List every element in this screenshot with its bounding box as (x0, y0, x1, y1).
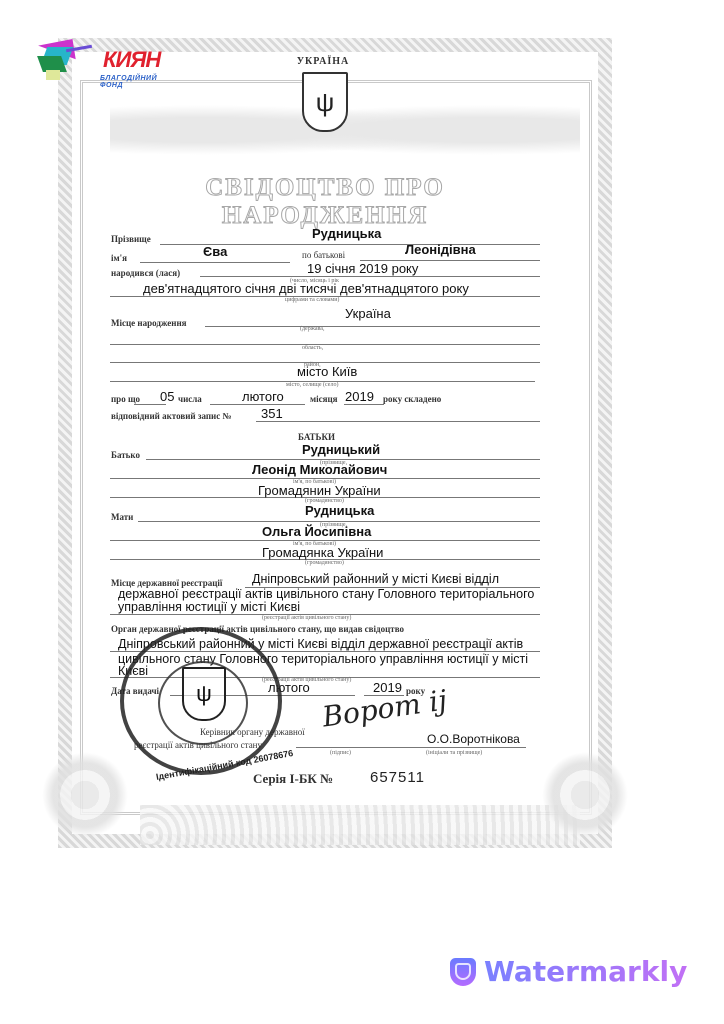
registration-place-line2: державної реєстрації актів цивільного ст… (118, 587, 534, 601)
birth-date-words: дев'ятнадцятого січня дві тисячі дев'ятн… (143, 281, 469, 296)
kyian-logo: КИЯН БЛАГОДІЙНИЙ ФОНД (28, 32, 158, 92)
father-surname: Рудницький (302, 442, 380, 457)
birth-date: 19 січня 2019 року (307, 261, 418, 276)
signature-caption: (підпис) (330, 750, 351, 756)
stamp-trident-icon: ψ (182, 667, 226, 721)
corner-ornament (40, 740, 130, 850)
authority-label: Орган державної реєстрації актів цивільн… (111, 624, 404, 634)
birth-city: місто Київ (297, 364, 357, 379)
registration-place-line3: управління юстиції у місті Києві (118, 600, 300, 614)
record-label: відповідний актовий запис № (111, 411, 232, 421)
underline (140, 262, 290, 263)
child-patronymic: Леонідівна (405, 242, 476, 257)
underline (210, 404, 305, 405)
father-citizenship: Громадянин України (258, 483, 381, 498)
underline (344, 404, 384, 405)
patronymic-label: по батькові (302, 250, 345, 260)
name-label: ім'я (111, 253, 127, 263)
birth-country: Україна (345, 306, 391, 321)
born-label: народився (лася) (111, 268, 180, 278)
underline (296, 747, 526, 748)
country-caption: (держава, (300, 326, 324, 332)
surname-label: Прізвище (111, 234, 151, 244)
registration-place-line1: Дніпровський районний у місті Києві відд… (252, 572, 499, 586)
mother-label: Мати (111, 512, 133, 522)
corner-ornament (540, 740, 630, 850)
head-name: О.О.Воротнікова (427, 732, 520, 746)
trident-emblem-icon: ψ (302, 72, 348, 132)
underline (256, 421, 540, 422)
document-title: СВІДОЦТВО ПРО НАРОДЖЕННЯ (145, 174, 505, 230)
registration-caption: (реєстрації актів цивільного стану) (262, 615, 351, 621)
child-surname: Рудницька (312, 226, 381, 241)
series-number: 657511 (370, 769, 425, 786)
birth-words-caption: цифрами та словами) (285, 297, 339, 303)
child-name: Єва (203, 244, 227, 259)
month-label: місяця (310, 394, 338, 404)
logo-subtitle: БЛАГОДІЙНИЙ ФОНД (100, 75, 158, 89)
place-label: Місце народження (111, 318, 187, 328)
watermark: Watermarkly (450, 955, 687, 988)
about-label: про що (111, 394, 140, 404)
record-number: 351 (261, 406, 283, 421)
region-caption: область, (302, 345, 323, 351)
underline (134, 404, 166, 405)
bottom-ornament (140, 805, 580, 845)
mother-name: Ольга Йосипівна (262, 524, 371, 539)
parents-heading: БАТЬКИ (298, 432, 335, 442)
country-label: УКРАЇНА (288, 56, 358, 67)
father-label: Батько (111, 450, 140, 460)
series-label: Серія І-БК № (253, 771, 333, 787)
citizenship-caption: (громадянство) (305, 560, 344, 566)
city-caption: місто, селище (село) (286, 382, 338, 388)
mother-surname: Рудницька (305, 503, 374, 518)
father-name: Леонід Миколайович (252, 462, 387, 477)
logo-shape-icon (46, 70, 60, 80)
mother-citizenship: Громадянка України (262, 545, 383, 560)
logo-name: КИЯН (103, 47, 160, 73)
underline (200, 276, 540, 277)
watermark-text: Watermarkly (484, 955, 687, 988)
underline (205, 326, 540, 327)
record-year: 2019 (345, 389, 374, 404)
underline (110, 362, 540, 363)
year-label: року складено (383, 394, 441, 404)
shield-icon (450, 958, 476, 986)
record-month: лютого (242, 389, 284, 404)
record-day: 05 (160, 389, 174, 404)
head-name-caption: (ініціали та прізвище) (426, 750, 482, 756)
underline (110, 344, 540, 345)
day-label: числа (178, 394, 202, 404)
